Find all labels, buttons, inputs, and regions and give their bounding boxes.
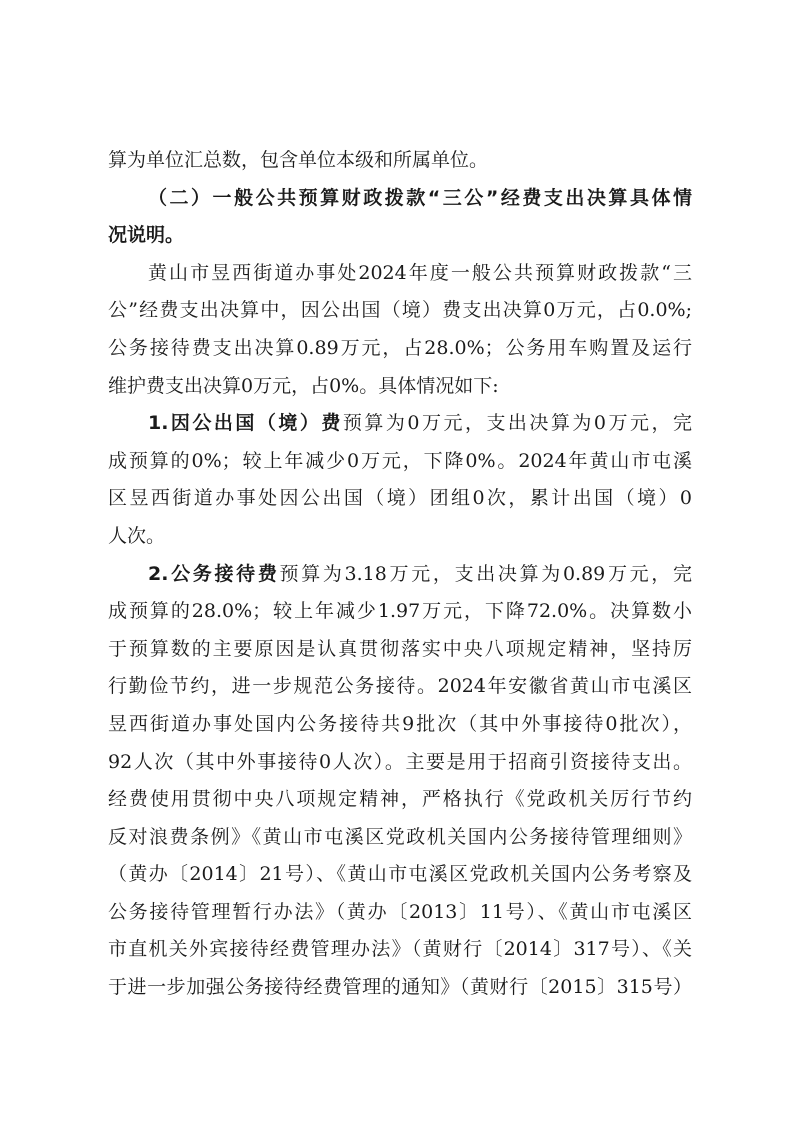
heading-line: （二）一般公共预算财政拨款“三公”经费支出决算具体情	[108, 180, 692, 218]
text-line: 2.公务接待费预算为3.18万元，支出决算为0.89万元，完	[108, 556, 692, 594]
text-line: 反对浪费条例》《黄山市屯溪区党政机关国内公务接待管理细则》	[108, 819, 692, 857]
text-line: （黄办〔2014〕21号）、《黄山市屯溪区党政机关国内公务考察及	[108, 856, 692, 894]
item-text: 预算为0万元，支出决算为0万元，完	[343, 412, 692, 434]
text-line: 成预算的0%；较上年减少0万元，下降0%。2024年黄山市屯溪	[108, 443, 692, 481]
text-line: 公务接待费支出决算0.89万元，占28.0%；公务用车购置及运行	[108, 330, 692, 368]
text-line: 黄山市昱西街道办事处2024年度一般公共预算财政拨款“三	[108, 255, 692, 293]
text-line: 成预算的28.0%；较上年减少1.97万元，下降72.0%。决算数小	[108, 593, 692, 631]
text-line: 昱西街道办事处国内公务接待共9批次（其中外事接待0批次），	[108, 706, 692, 744]
text-line: 公务接待管理暂行办法》（黄办〔2013〕11号）、《黄山市屯溪区	[108, 894, 692, 932]
text-line: 行勤俭节约，进一步规范公务接待。2024年安徽省黄山市屯溪区	[108, 668, 692, 706]
text-line: 1.因公出国（境）费预算为0万元，支出决算为0万元，完	[108, 405, 692, 443]
document-page: 算为单位汇总数，包含单位本级和所属单位。 （二）一般公共预算财政拨款“三公”经费…	[108, 142, 692, 1007]
text-line: 市直机关外宾接待经费管理办法》（黄财行〔2014〕317号）、《关	[108, 931, 692, 969]
intro-paragraph: 算为单位汇总数，包含单位本级和所属单位。	[108, 142, 692, 180]
text-line: 于预算数的主要原因是认真贯彻落实中央八项规定精神，坚持厉	[108, 631, 692, 669]
item-text: 预算为3.18万元，支出决算为0.89万元，完	[280, 563, 692, 585]
section-heading: （二）一般公共预算财政拨款“三公”经费支出决算具体情 况说明。	[108, 180, 692, 255]
item-title: 2.公务接待费	[148, 563, 280, 585]
text-line: 人次。	[108, 518, 692, 556]
item-official-reception: 2.公务接待费预算为3.18万元，支出决算为0.89万元，完 成预算的28.0%…	[108, 556, 692, 1007]
summary-paragraph: 黄山市昱西街道办事处2024年度一般公共预算财政拨款“三 公”经费支出决算中，因…	[108, 255, 692, 405]
heading-line: 况说明。	[108, 217, 692, 255]
text-line: 经费使用贯彻中央八项规定精神，严格执行《党政机关厉行节约	[108, 781, 692, 819]
text-line: 算为单位汇总数，包含单位本级和所属单位。	[108, 142, 692, 180]
text-line: 区昱西街道办事处因公出国（境）团组0次，累计出国（境）0	[108, 480, 692, 518]
item-title: 1.因公出国（境）费	[148, 412, 343, 434]
text-line: 92人次（其中外事接待0人次）。主要是用于招商引资接待支出。	[108, 744, 692, 782]
text-line: 于进一步加强公务接待经费管理的通知》（黄财行〔2015〕315号）	[108, 969, 692, 1007]
item-travel-abroad: 1.因公出国（境）费预算为0万元，支出决算为0万元，完 成预算的0%；较上年减少…	[108, 405, 692, 555]
text-line: 公”经费支出决算中，因公出国（境）费支出决算0万元，占0.0%;	[108, 292, 692, 330]
text-line: 维护费支出决算0万元，占0%。具体情况如下:	[108, 368, 692, 406]
